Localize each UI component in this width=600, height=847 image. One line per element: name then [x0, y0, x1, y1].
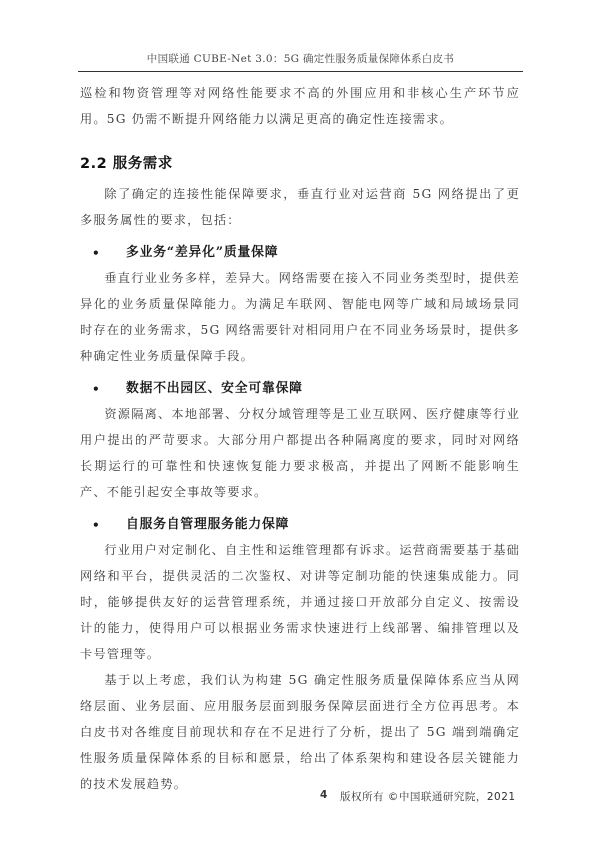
page-number: 4 [320, 789, 327, 801]
header-divider [78, 71, 523, 72]
section-lead-paragraph: 除了确定的连接性能保障要求，垂直行业对运营商 5G 网络提出了更多服务属性的要求… [80, 181, 520, 233]
copyright-notice: 版权所有 ©中国联通研究院，2021 [340, 789, 516, 804]
bullet-body: 资源隔离、本地部署、分权分域管理等是工业互联网、医疗健康等行业用户提出的严苛要求… [80, 401, 520, 505]
page-content: 巡检和物资管理等对网络性能要求不高的外围应用和非核心生产环节应用。5G 仍需不断… [80, 80, 520, 797]
bullet-item: • 自服务自管理服务能力保障 行业用户对定制化、自主性和运维管理都有诉求。运营商… [80, 513, 520, 667]
section-heading: 2.2 服务需求 [80, 152, 520, 173]
bullet-body: 行业用户对定制化、自主性和运维管理都有诉求。运营商需要基于基础网络和平台，提供灵… [80, 537, 520, 667]
bullet-item: • 多业务“差异化”质量保障 垂直行业业务多样，差异大。网络需要在接入不同业务类… [80, 241, 520, 369]
bullet-heading: • 自服务自管理服务能力保障 [80, 513, 520, 537]
bullet-title: 数据不出园区、安全可靠保障 [126, 377, 303, 401]
bullet-heading: • 数据不出园区、安全可靠保障 [80, 377, 520, 401]
closing-paragraph: 基于以上考虑，我们认为构建 5G 确定性服务质量保障体系应当从网络层面、业务层面… [80, 667, 520, 797]
bullet-heading: • 多业务“差异化”质量保障 [80, 241, 520, 265]
bullet-dot-icon: • [92, 241, 126, 265]
bullet-body: 垂直行业业务多样，差异大。网络需要在接入不同业务类型时，提供差异化的业务质量保障… [80, 265, 520, 369]
document-page: 中国联通 CUBE-Net 3.0：5G 确定性服务质量保障体系白皮书 巡检和物… [0, 0, 600, 847]
bullet-dot-icon: • [92, 377, 126, 401]
bullet-item: • 数据不出园区、安全可靠保障 资源隔离、本地部署、分权分域管理等是工业互联网、… [80, 377, 520, 505]
intro-paragraph: 巡检和物资管理等对网络性能要求不高的外围应用和非核心生产环节应用。5G 仍需不断… [80, 80, 520, 132]
running-header: 中国联通 CUBE-Net 3.0：5G 确定性服务质量保障体系白皮书 [78, 51, 523, 66]
bullet-title: 自服务自管理服务能力保障 [126, 513, 289, 537]
bullet-title: 多业务“差异化”质量保障 [126, 241, 278, 265]
bullet-dot-icon: • [92, 513, 126, 537]
